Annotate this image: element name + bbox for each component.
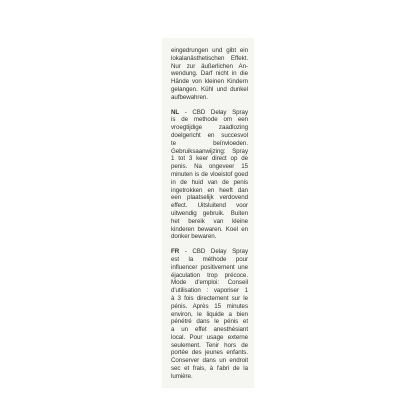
product-label-strip: eingedrungen und gibt einlokalanästhetis… xyxy=(162,38,254,388)
label-text-line: lokalanästhetischen Effekt. xyxy=(171,55,248,63)
label-text-line: donker bewaren. xyxy=(171,233,248,241)
label-text-line: een plaatselijk verdovend xyxy=(171,194,248,202)
label-text-line: kinderen bewaren. Koel en xyxy=(171,226,248,234)
label-text-line: influencer positivement une xyxy=(171,264,248,272)
label-text-line: d'utilisation : vaporiser 1 xyxy=(171,287,248,295)
label-text-line: Gebruiksaanwijzing: Spray xyxy=(171,148,248,156)
label-text-line: a un effet anesthésiant xyxy=(171,326,248,334)
label-text-line: pénis. Après 15 minutes xyxy=(171,303,248,311)
label-text-line: minuten is de vloeistof goed xyxy=(171,171,248,179)
label-text-line: FR - CBD Delay Spray xyxy=(171,248,248,256)
language-code: NL xyxy=(171,109,179,116)
label-text-line: environ, le liquide a bien xyxy=(171,311,248,319)
label-text-line: het bereik van kleine xyxy=(171,218,248,226)
language-code: FR xyxy=(171,248,179,255)
label-text-line: uitwendig gebruik. Buiten xyxy=(171,210,248,218)
label-text-line: aufbewahren. xyxy=(171,94,248,102)
label-text-line: in de huid van de penis xyxy=(171,179,248,187)
label-text-line: Conserver dans un endroit xyxy=(171,357,248,365)
label-text-line: lumière. xyxy=(171,373,248,381)
label-text-line: local. Pour usage externe xyxy=(171,334,248,342)
product-photo-canvas: eingedrungen und gibt einlokalanästhetis… xyxy=(0,0,416,416)
label-text-line: Mode d'emploi: Conseil xyxy=(171,279,248,287)
label-text-line: ingetrokken en heeft dan xyxy=(171,187,248,195)
label-section-de-continuation: eingedrungen und gibt einlokalanästhetis… xyxy=(171,47,248,102)
label-text-line: eingedrungen und gibt ein xyxy=(171,47,248,55)
label-text-line: portée des jeunes enfants. xyxy=(171,349,248,357)
label-text-line: effect. Uitsluitend voor xyxy=(171,202,248,210)
label-text-line: doelgericht en succesvol xyxy=(171,132,248,140)
label-text-line: NL - CBD Delay Spray xyxy=(171,109,248,117)
label-text-line: te beïnvloeden. xyxy=(171,140,248,148)
label-text-line: seulement. Tenir hors de xyxy=(171,342,248,350)
label-text-line: éjaculation trop précoce. xyxy=(171,272,248,280)
label-text-line: vroegtijdige zaadlozing xyxy=(171,124,248,132)
label-text-line: gelangen. Kühl und dunkel xyxy=(171,86,248,94)
label-text-line: est la méthode pour xyxy=(171,256,248,264)
label-text-line: penis. Na ongeveer 15 xyxy=(171,163,248,171)
label-section-nl: NL - CBD Delay Sprayis de methode om een… xyxy=(171,109,248,242)
label-text-line: Hände von kleinen Kindern xyxy=(171,78,248,86)
label-section-fr: FR - CBD Delay Sprayest la méthode pouri… xyxy=(171,248,248,381)
label-text-line: wendung. Darf nicht in die xyxy=(171,70,248,78)
label-text-line: pénétré dans le pénis et xyxy=(171,318,248,326)
label-text-line: sec et frais, à l'abri de la xyxy=(171,365,248,373)
label-text-line: is de methode om een xyxy=(171,116,248,124)
label-text-line: Nur zur äußerlichen An- xyxy=(171,63,248,71)
label-text-line: à 3 fois directement sur le xyxy=(171,295,248,303)
label-text-line: 1 tot 3 keer direct op de xyxy=(171,155,248,163)
